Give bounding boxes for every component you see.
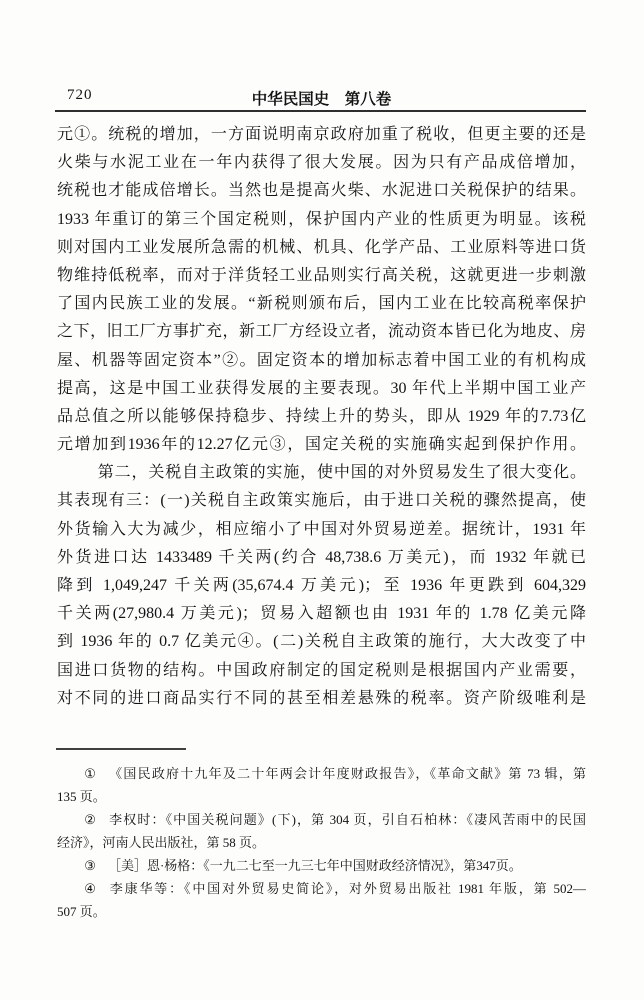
book-page: 720 中华民国史 第八卷 元①。统税的增加，一方面说明南京政府加重了税收，但更… bbox=[0, 0, 644, 1000]
body-line: 提高，这是中国工业获得发展的主要表现。30 年代上半期中国工业产 bbox=[57, 375, 586, 403]
footnote-2-marker: ② bbox=[84, 812, 97, 827]
footnote-1-text: 《国民政府十九年及二十年两会计年度财政报告》，《革命文献》第 73 辑，第 bbox=[109, 766, 586, 781]
footnote-3-text: ［美］恩·杨格：《一九二七至一九三七年中国财政经济情况》，第347页。 bbox=[108, 858, 522, 873]
body-line-paragraph-start: 第二，关税自主政策的实施，使中国的对外贸易发生了很大变化。 bbox=[57, 459, 586, 487]
body-line: 千关两(27,980.4 万美元)；贸易入超额也由 1931 年的 1.78 亿… bbox=[57, 600, 586, 628]
body-line: 品总值之所以能够保持稳步、持续上升的势头，即从 1929 年的7.73亿 bbox=[57, 403, 586, 431]
body-line: 了国内民族工业的发展。“新税则颁布后，国内工业在比较高税率保护 bbox=[57, 290, 586, 318]
body-text: 元①。统税的增加，一方面说明南京政府加重了税收，但更主要的还是 火柴与水泥工业在… bbox=[57, 121, 586, 713]
footnote-1-line-2: 135 页。 bbox=[57, 785, 586, 808]
body-line: 则对国内工业发展所急需的机械、机具、化学产品、工业原料等进口货 bbox=[57, 234, 586, 262]
body-line: 对不同的进口商品实行不同的甚至相差悬殊的税率。资产阶级唯利是 bbox=[57, 685, 586, 713]
footnote-2-text: 李权时：《中国关税问题》(下)，第 304 页，引自石柏林：《凄风苦雨中的民国 bbox=[109, 812, 586, 827]
footnote-3-line-1: ③［美］恩·杨格：《一九二七至一九三七年中国财政经济情况》，第347页。 bbox=[57, 854, 586, 877]
footnote-2-line-1: ②李权时：《中国关税问题》(下)，第 304 页，引自石柏林：《凄风苦雨中的民国 bbox=[57, 808, 586, 831]
footnote-4-line-1: ④李康华等：《中国对外贸易史简论》，对外贸易出版社 1981 年版，第 502— bbox=[57, 877, 586, 900]
body-line: 统税也才能成倍增长。当然也是提高火柴、水泥进口关税保护的结果。 bbox=[57, 177, 586, 205]
body-line: 1933 年重订的第三个国定税则，保护国内产业的性质更为明显。该税 bbox=[57, 206, 586, 234]
footnote-separator bbox=[56, 748, 186, 750]
body-line: 外货输入大为减少，相应缩小了中国对外贸易逆差。据统计，1931 年 bbox=[57, 516, 586, 544]
header-rule bbox=[55, 110, 586, 112]
body-line: 其表现有三：(一)关税自主政策实施后，由于进口关税的骤然提高，使 bbox=[57, 487, 586, 515]
footnote-3-marker: ③ bbox=[84, 858, 96, 873]
footnotes: ①《国民政府十九年及二十年两会计年度财政报告》，《革命文献》第 73 辑，第 1… bbox=[57, 762, 586, 923]
body-line: 之下，旧工厂方事扩充，新工厂方经设立者，流动资本皆已化为地皮、房 bbox=[57, 318, 586, 346]
body-line: 屋、机器等固定资本”②。固定资本的增加标志着中国工业的有机构成 bbox=[57, 347, 586, 375]
body-line: 到 1936 年的 0.7 亿美元④。(二)关税自主政策的施行，大大改变了中 bbox=[57, 628, 586, 656]
footnote-1-line-1: ①《国民政府十九年及二十年两会计年度财政报告》，《革命文献》第 73 辑，第 bbox=[57, 762, 586, 785]
footnote-4-text: 李康华等：《中国对外贸易史简论》，对外贸易出版社 1981 年版，第 502— bbox=[110, 881, 586, 896]
body-line: 降到 1,049,247 千关两(35,674.4 万美元)；至 1936 年更… bbox=[57, 572, 586, 600]
footnote-1-marker: ① bbox=[84, 766, 97, 781]
running-header: 720 中华民国史 第八卷 bbox=[57, 87, 586, 109]
body-line: 火柴与水泥工业在一年内获得了很大发展。因为只有产品成倍增加， bbox=[57, 149, 586, 177]
body-line: 元增加到1936年的12.27亿元③，国定关税的实施确实起到保护作用。 bbox=[57, 431, 586, 459]
body-line: 元①。统税的增加，一方面说明南京政府加重了税收，但更主要的还是 bbox=[57, 121, 586, 149]
footnote-4-marker: ④ bbox=[84, 881, 98, 896]
book-title: 中华民国史 第八卷 bbox=[57, 87, 586, 109]
footnote-4-line-2: 507 页。 bbox=[57, 900, 586, 923]
body-line: 外货进口达 1433489 千关两(约合 48,738.6 万美元)，而 193… bbox=[57, 544, 586, 572]
body-line: 物维持低税率，而对于洋货轻工业品则实行高关税，这就更进一步刺激 bbox=[57, 262, 586, 290]
body-line: 国进口货物的结构。中国政府制定的国定税则是根据国内产业需要， bbox=[57, 657, 586, 685]
footnote-2-line-2: 经济》，河南人民出版社，第 58 页。 bbox=[57, 831, 586, 854]
